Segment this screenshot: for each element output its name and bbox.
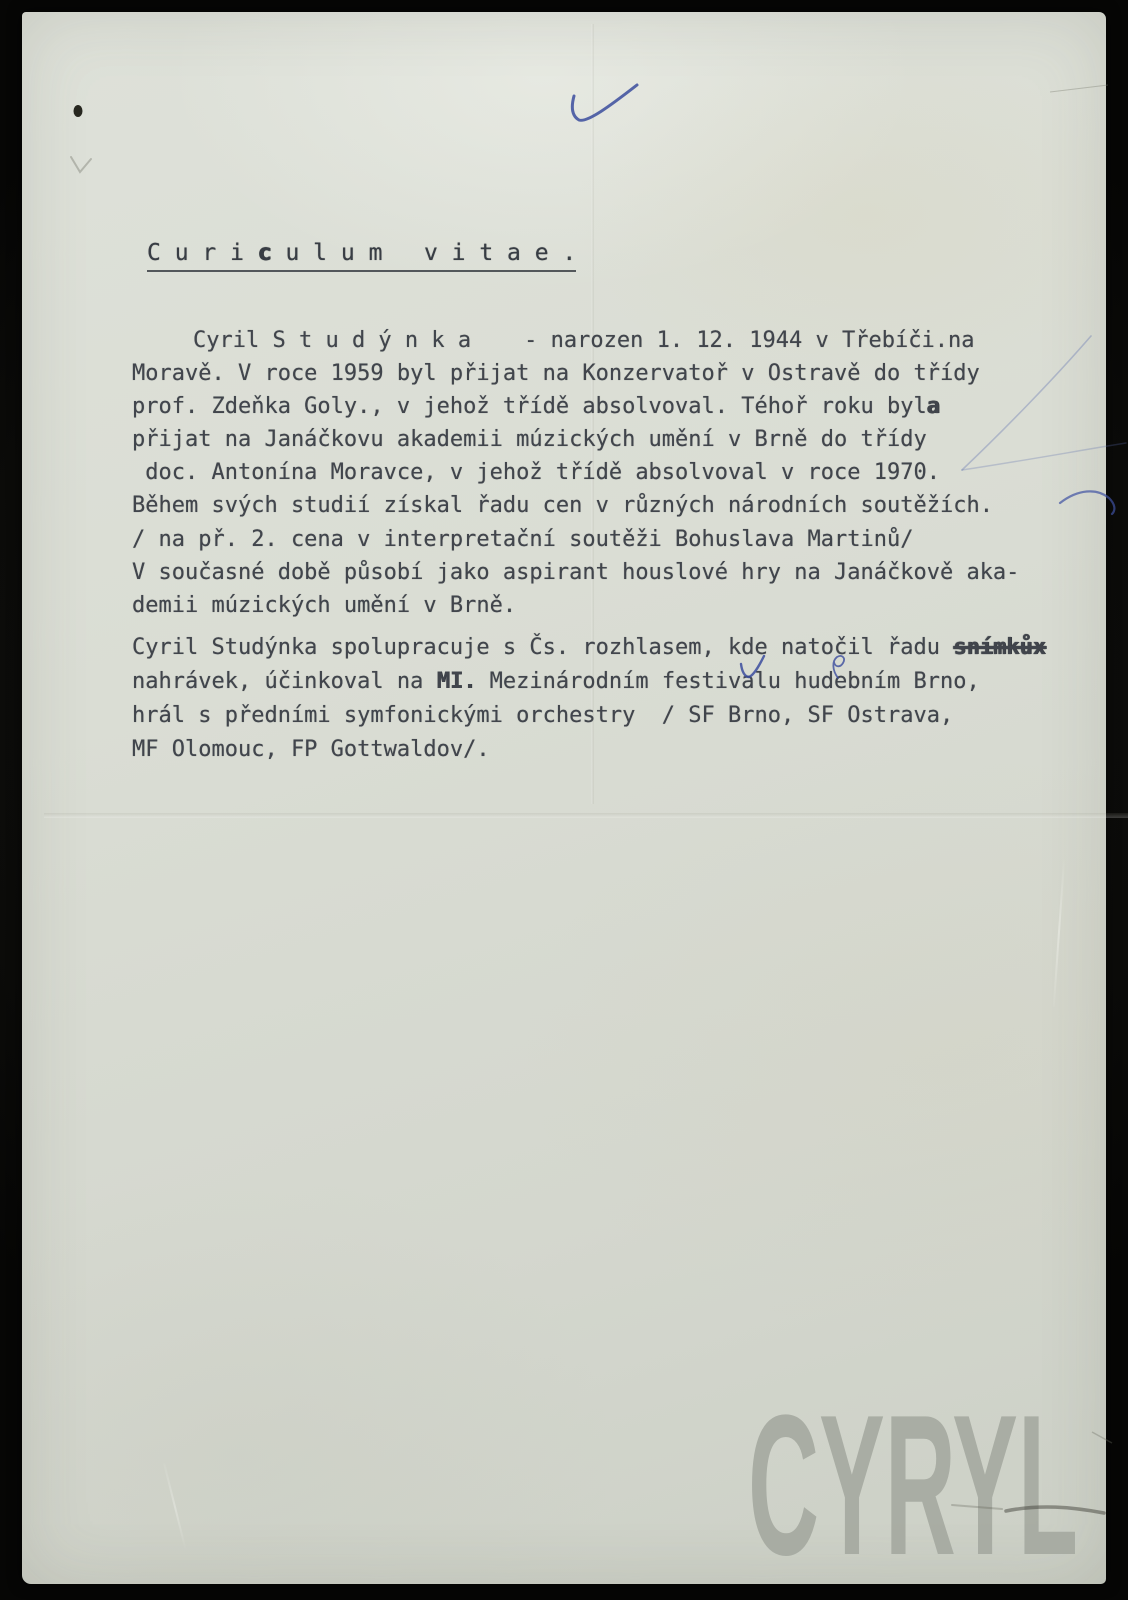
title-text-pre: C u r i [147,240,258,266]
paragraph-1: Cyril S t u d ý n k a - narozen 1. 12. 1… [132,324,1019,622]
title-overstruck-letter: c [258,240,272,266]
title-text-post: u l u m v i t a e . [272,240,577,266]
body-line-2: Moravě. V roce 1959 byl přijat na Konzer… [132,357,1019,390]
body-line-10: Cyril Studýnka spolupracuje s Čs. rozhla… [132,631,1046,665]
body-line-11-bold-numeral: MI. [437,669,477,694]
body-line-12: hrál s předními symfonickými orchestry /… [132,699,1046,733]
body-line-6: Během svých studií získal řadu cen v růz… [132,489,1019,522]
body-line-3: prof. Zdeňka Goly., v jehož třídě absolv… [132,390,1019,423]
document-title: C u r i c u l u m v i t a e . [147,240,576,272]
paragraph-2: Cyril Studýnka spolupracuje s Čs. rozhla… [132,631,1046,767]
body-line-5: doc. Antonína Moravce, v jehož třídě abs… [132,456,1019,489]
body-line-11: nahrávek, účinkoval na MI. Mezinárodním … [132,665,1046,699]
photo-backdrop: C u r i c u l u m v i t a e . Cyril S t … [0,0,1128,1600]
body-line-1: Cyril S t u d ý n k a - narozen 1. 12. 1… [193,324,1019,357]
body-line-4: přijat na Janáčkovu akademii múzických u… [132,423,1019,456]
body-line-9: demii múzických umění v Brně. [132,589,1019,622]
crease-bottom-right [1053,857,1065,1007]
crease-bottom-left [163,1463,187,1551]
body-line-11-post: Mezinárodním festivalu hudebním Brno, [476,669,979,694]
body-line-11-pre: nahrávek, účinkoval na [132,669,437,694]
body-line-8: V současné době působí jako aspirant hou… [132,556,1019,589]
body-line-13: MF Olomouc, FP Gottwaldov/. [132,733,1046,767]
horizontal-fold-crease [44,813,1128,818]
body-line-7: / na př. 2. cena v interpretační soutěži… [132,523,1019,556]
body-line-10-struck-word: snímkůx [953,635,1046,660]
body-line-10-text: Cyril Studýnka spolupracuje s Čs. rozhla… [132,635,953,660]
body-line-3-text: prof. Zdeňka Goly., v jehož třídě absolv… [132,394,927,419]
body-line-3-overstruck-char: a [927,394,940,419]
